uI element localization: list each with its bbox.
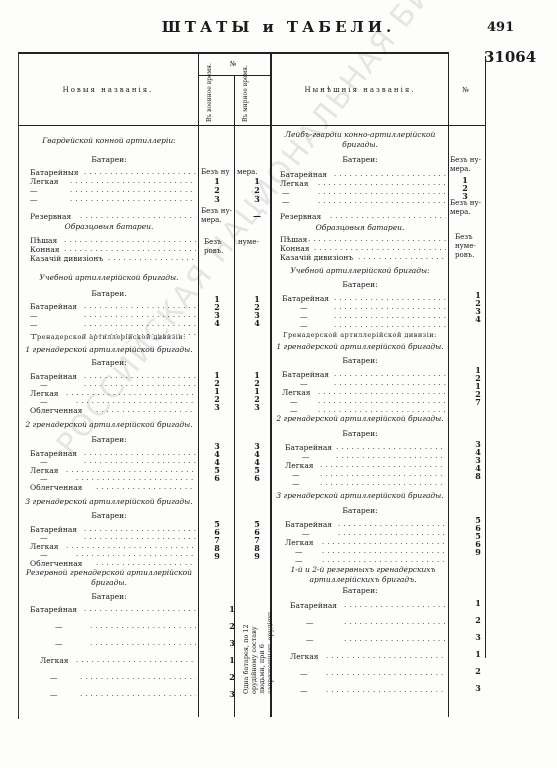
leader-dots: .............................. (344, 635, 446, 643)
row-number: 1 (471, 598, 485, 608)
row-label: Батарейная (30, 302, 77, 311)
row-label: Легкая (282, 388, 311, 397)
leader-dots: .............................. (318, 397, 446, 405)
row-label: — (306, 618, 314, 627)
leader-dots: .............................. (334, 312, 446, 320)
leader-dots: .............................. (84, 525, 196, 533)
section-title: Учебной артиллерійской бригады. (20, 273, 198, 283)
header-bottom-line (18, 125, 485, 126)
footnote-note: Одна батарея, по 12 орудійному составу л… (242, 598, 274, 694)
leader-dots: .............................. (84, 320, 196, 328)
leader-dots: .............................. (320, 470, 446, 478)
row-label: — (300, 321, 308, 330)
row-label: — (40, 474, 48, 483)
leader-dots: .............................. (322, 547, 446, 555)
leader-dots: .............................. (96, 559, 196, 567)
section-subtitle: Батареи: (274, 586, 446, 595)
section-title: 3 гренадерской артиллерійской бригады. (274, 491, 446, 501)
row-label: Пѣшая (30, 236, 57, 245)
row-label: Батарейная (282, 294, 329, 303)
page-title: ШТАТЫ и ТАБЕЛИ. (0, 18, 557, 36)
row-label: Резервная (30, 212, 71, 221)
row-label: Батарейныя (30, 168, 79, 177)
leader-dots: .............................. (358, 253, 446, 261)
section-subtitle: 1 гренадерской артиллерійской бригады. (274, 342, 446, 352)
row-label: Казачій дивизіонъ (280, 253, 353, 262)
row-label: — (40, 533, 48, 542)
leader-dots: .............................. (336, 452, 446, 460)
section-subtitle: Батареи: (274, 429, 446, 438)
row-label: Батарейная (30, 449, 77, 458)
leader-dots: .............................. (320, 461, 446, 469)
section-title: 2 гренадерской артиллерійской бригады. (20, 420, 198, 430)
row-label: Батарейная (30, 525, 77, 534)
leader-dots: .............................. (326, 652, 446, 660)
row-war-value: 4 (210, 318, 224, 328)
row-label: — (40, 380, 48, 389)
row-number: 1 (471, 649, 485, 659)
col-divider (485, 56, 486, 658)
leader-dots: .............................. (326, 669, 446, 677)
leader-dots: .............................. (76, 550, 196, 558)
row-label: Пѣшая (280, 235, 307, 244)
row-label: — (302, 529, 310, 538)
row-label: Батарейная (290, 601, 337, 610)
leader-dots: .............................. (76, 474, 196, 482)
row-number: 3 (471, 683, 485, 693)
row-war-value: 2 (225, 672, 239, 682)
leader-dots: .............................. (90, 639, 196, 647)
section-subtitle: Образцовыя батареи. (274, 223, 446, 233)
row-war-value: 3 (210, 194, 224, 204)
leader-dots: .............................. (334, 294, 446, 302)
row-war-value: 1 (225, 604, 239, 614)
col-divider (198, 52, 199, 717)
leader-dots: .............................. (334, 170, 446, 178)
row-label: Облегченная (30, 483, 82, 492)
row-war-value: 6 (210, 473, 224, 483)
row-label: Конная (280, 244, 310, 253)
leader-dots: .............................. (334, 370, 446, 378)
row-peace-value: 3 (250, 194, 264, 204)
leader-dots: .............................. (344, 618, 446, 626)
row-number: 9 (471, 547, 485, 557)
leader-dots: .............................. (308, 235, 446, 243)
row-war-value: 3 (225, 638, 239, 648)
header-wartime: Въ военное время. (206, 77, 213, 122)
leader-dots: .............................. (84, 457, 196, 465)
row-label: — (302, 452, 310, 461)
row-label: — (50, 673, 58, 682)
leader-dots: .............................. (84, 533, 196, 541)
section-subtitle: Батареи: (274, 155, 446, 164)
row-number: Безъ ну-мера. (450, 156, 484, 174)
leader-dots: .............................. (336, 443, 446, 451)
leader-dots: .............................. (314, 244, 446, 252)
row-war-value: 2 (225, 621, 239, 631)
header-old-names: Нынѣшнія названія. (272, 86, 448, 94)
section-title: Резервной гренадерской артиллерійской бр… (20, 568, 198, 588)
row-peace-value: 6 (250, 473, 264, 483)
row-war-value: 3 (210, 402, 224, 412)
section-title: 2 гренадерской артиллерійской бригады. (274, 414, 446, 424)
row-number: 2 (471, 666, 485, 676)
row-label: — (30, 311, 38, 320)
row-peace-value: — (250, 211, 264, 221)
section-title: Учебной артиллерійской бригады: (274, 266, 446, 276)
row-label: — (300, 312, 308, 321)
leader-dots: .............................. (66, 466, 196, 474)
row-label: Батарейная (285, 443, 332, 452)
row-war-value: 9 (210, 551, 224, 561)
row-label: — (55, 639, 63, 648)
page-number: 491 (487, 20, 514, 35)
leader-dots: .............................. (344, 601, 446, 609)
row-number: 3 (471, 632, 485, 642)
row-war-value: Безъ ровъ. (204, 238, 230, 256)
col-divider (448, 52, 449, 717)
row-label: — (300, 669, 308, 678)
row-war-value: 1 (225, 655, 239, 665)
row-label: — (306, 635, 314, 644)
leader-dots: .............................. (322, 556, 446, 564)
leader-dots: .............................. (96, 406, 196, 414)
row-number: Безъ нуме-ровъ. (455, 233, 483, 260)
leader-dots: .............................. (84, 372, 196, 380)
leader-dots: .............................. (80, 212, 196, 220)
leader-dots: .............................. (338, 520, 446, 528)
leader-dots: .............................. (318, 188, 446, 196)
section-subtitle: Образцовыя батареи. (20, 222, 198, 232)
leader-dots: .............................. (96, 483, 196, 491)
row-label: — (300, 303, 308, 312)
row-label: — (30, 186, 38, 195)
leader-dots: .............................. (318, 388, 446, 396)
row-label: Легкая (285, 461, 314, 470)
row-peace-value: 4 (250, 318, 264, 328)
leader-dots: .............................. (70, 195, 196, 203)
leader-dots: .............................. (334, 303, 446, 311)
header-peacetime: Въ мирное время. (242, 77, 249, 122)
section-subtitle: Батареи: (20, 511, 198, 520)
row-number: Безъ ну-мера. (450, 199, 484, 217)
row-number: 7 (471, 397, 485, 407)
row-label: Батарейная (280, 170, 327, 179)
leader-dots: .............................. (334, 379, 446, 387)
header-old-number: № (448, 86, 485, 94)
section-subtitle: Батареи: (20, 435, 198, 444)
section-subtitle: Батареи: (274, 506, 446, 515)
row-number: 4 (471, 314, 485, 324)
leader-dots: .............................. (66, 389, 196, 397)
leader-dots: .............................. (84, 311, 196, 319)
leader-dots: .............................. (338, 529, 446, 537)
row-peace-value: нуме- (238, 238, 259, 247)
leader-dots: .............................. (70, 186, 196, 194)
row-label: — (55, 622, 63, 631)
row-label: Легкая (40, 656, 69, 665)
row-label: — (292, 470, 300, 479)
row-label: — (30, 320, 38, 329)
row-label: — (30, 195, 38, 204)
header-new-names: Новыя названія. (18, 86, 198, 94)
row-label: Легкая (280, 179, 309, 188)
leader-dots: .............................. (318, 197, 446, 205)
section-title: 3 гренадерской артиллерійской бригады. (20, 497, 198, 507)
section-title: 1-й и 2-й резервныхъ гренадерскихъ артил… (280, 565, 446, 585)
row-label: — (40, 397, 48, 406)
row-number: 8 (471, 471, 485, 481)
row-label: — (40, 550, 48, 559)
section-title: Гренадерской артиллерійской дивизіи: (20, 333, 198, 341)
leader-dots: .............................. (84, 380, 196, 388)
row-label: — (295, 547, 303, 556)
section-subtitle: Батареи: (20, 155, 198, 164)
section-title: Гренадерской артиллерійской дивизіи: (274, 331, 446, 339)
leader-dots: .............................. (330, 212, 446, 220)
leader-dots: .............................. (76, 397, 196, 405)
leader-dots: .............................. (90, 622, 196, 630)
row-label: — (290, 397, 298, 406)
section-title: Лейбъ-гвардіи конно-артиллерійской брига… (274, 130, 446, 150)
row-label: Батарейная (282, 370, 329, 379)
row-label: Облегченная (30, 559, 82, 568)
row-label: — (282, 188, 290, 197)
row-label: — (300, 379, 308, 388)
row-war-value: 3 (225, 689, 239, 699)
row-label: — (300, 686, 308, 695)
row-label: Легкая (30, 177, 59, 186)
leader-dots: .............................. (70, 177, 196, 185)
leader-dots: .............................. (84, 449, 196, 457)
leader-dots: .............................. (84, 302, 196, 310)
section-subtitle: Батареи: (274, 280, 446, 289)
row-label: — (295, 556, 303, 565)
leader-dots: .............................. (318, 179, 446, 187)
leader-dots: .............................. (80, 690, 196, 698)
document-id: 31064 (484, 48, 536, 66)
row-label: — (50, 690, 58, 699)
row-peace-value: 9 (250, 551, 264, 561)
leader-dots: .............................. (334, 321, 446, 329)
row-label: Конная (30, 245, 60, 254)
leader-dots: .............................. (108, 254, 196, 262)
leader-dots: .............................. (64, 245, 196, 253)
row-peace-value: 3 (250, 402, 264, 412)
leader-dots: .............................. (64, 236, 196, 244)
section-subtitle: Батареи: (20, 592, 198, 601)
leader-dots: .............................. (76, 656, 196, 664)
row-label: Батарейная (30, 605, 77, 614)
row-label: Казачій дивизіонъ (30, 254, 103, 263)
section-title: Гвардейской конной артиллеріи: (20, 136, 198, 146)
section-subtitle: Батареи: (274, 356, 446, 365)
leader-dots: .............................. (322, 538, 446, 546)
leader-dots: .............................. (320, 479, 446, 487)
leader-dots: .............................. (84, 605, 196, 613)
row-number: 2 (471, 615, 485, 625)
row-label: — (282, 197, 290, 206)
leader-dots: .............................. (84, 168, 196, 176)
row-label: Батарейная (285, 520, 332, 529)
leader-dots: .............................. (326, 686, 446, 694)
section-subtitle: 1 гренадерской артиллерійской бригады. (20, 345, 198, 355)
section-subtitle: Батареи: (20, 358, 198, 367)
row-war-value: Безъ ну-мера. (201, 207, 233, 225)
row-label: Резервная (280, 212, 321, 221)
row-label: — (40, 457, 48, 466)
row-label: Облегченная (30, 406, 82, 415)
row-label: Легкая (285, 538, 314, 547)
leader-dots: .............................. (318, 406, 446, 414)
leader-dots: .............................. (66, 542, 196, 550)
row-label: — (292, 479, 300, 488)
section-subtitle: Батареи. (20, 289, 198, 298)
row-label: Батарейная (30, 372, 77, 381)
leader-dots: .............................. (80, 673, 196, 681)
row-label: Легкая (290, 652, 319, 661)
